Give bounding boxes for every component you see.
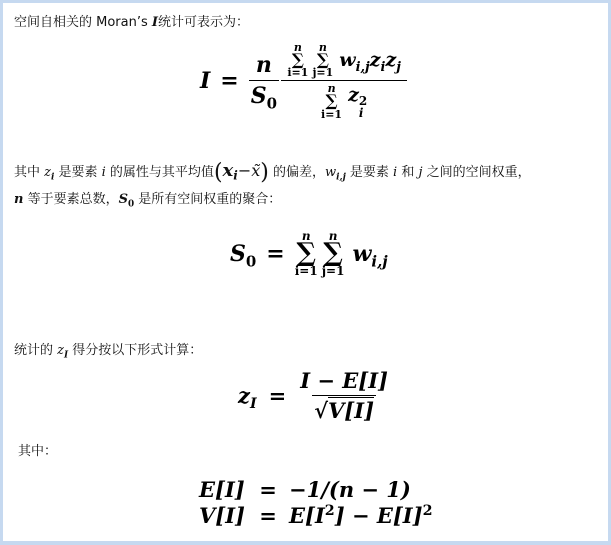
sigma-icon: ∑ <box>296 242 316 265</box>
text: 是所有空间权重的聚合： <box>134 192 281 207</box>
text: 等于要素总数， <box>23 192 118 207</box>
s-subscript: 0 <box>267 95 277 113</box>
z-subscript: j <box>396 60 401 75</box>
sum-lower: j=1 <box>322 265 345 277</box>
coef-denominator: S0 <box>249 80 279 109</box>
superscript: 2 <box>325 503 335 519</box>
intro-prefix: 空间自相关的 Moran’s <box>14 15 152 30</box>
text: 的属性与其平均值 <box>106 165 214 180</box>
text: 得分按以下形式计算： <box>68 343 202 358</box>
text: 统计的 <box>14 343 57 358</box>
intro-suffix: 统计可表示为： <box>158 15 249 30</box>
paren-open: ( <box>214 160 223 185</box>
z-symbol: z <box>385 49 396 71</box>
w-symbol: w <box>325 165 336 180</box>
paragraph-definitions-line1: 其中 zi 是要素 i 的属性与其平均值(xi−x̃) 的偏差，wi,j 是要素… <box>14 160 531 185</box>
formula-lhs: I <box>200 68 210 94</box>
zi-numerator: I − E[I] <box>298 368 390 395</box>
sum-i-den: n ∑ i=1 <box>321 83 342 119</box>
sigma-icon: ∑ <box>292 53 304 67</box>
w-subscript: i,j <box>356 60 370 75</box>
x-symbol: x <box>223 160 234 181</box>
sum-lower: i=1 <box>321 109 342 120</box>
formula-morans-i: I = n S0 n ∑ i=1 n ∑ j=1 wi,jzizj <box>200 42 407 120</box>
v-rhs-a: E[I <box>289 503 325 528</box>
s-subscript: 0 <box>246 252 256 270</box>
z-symbol: z <box>348 84 359 106</box>
coef-numerator: n <box>254 52 274 80</box>
sum-lower: i=1 <box>295 265 318 277</box>
paren-close: ) <box>260 160 269 185</box>
minus-sign: − <box>238 161 251 180</box>
text: 和 <box>397 165 418 180</box>
sum-lower: j=1 <box>312 67 333 78</box>
v-rhs-b: ] − E[I] <box>335 503 423 528</box>
xbar-symbol: x̃ <box>251 161 260 180</box>
superscript: 2 <box>423 503 433 519</box>
formula-s0: S0 = n ∑ i=1 n ∑ j=1 wi,j <box>230 230 388 277</box>
text: 其中 <box>14 165 44 180</box>
equals-sign: = <box>266 241 284 267</box>
sum-lower: i=1 <box>287 67 308 78</box>
text: 之间的空间权重， <box>423 165 531 180</box>
z-symbol: z <box>370 49 381 71</box>
main-fraction: n ∑ i=1 n ∑ j=1 wi,jzizj n ∑ i=1 <box>281 42 407 120</box>
sqrt-icon: √ <box>314 398 328 423</box>
e-lhs: E[I] <box>199 477 247 502</box>
text: 其中： <box>18 444 57 459</box>
paragraph-where: 其中： <box>18 440 57 459</box>
s-symbol: S <box>230 241 246 267</box>
sigma-icon: ∑ <box>317 53 329 67</box>
coef-fraction: n S0 <box>249 52 279 109</box>
z-symbol: z <box>238 383 250 408</box>
formula-zi: zI = I − E[I] √V[I] <box>238 368 390 423</box>
equals-sign: = <box>269 383 287 408</box>
v-lhs: V[I] <box>199 503 247 528</box>
w-subscript: i,j <box>336 173 346 183</box>
z-subscript: I <box>250 396 257 412</box>
main-denominator: n ∑ i=1 z2i <box>281 80 407 119</box>
sigma-icon: ∑ <box>323 242 343 265</box>
zi-fraction: I − E[I] √V[I] <box>298 368 390 423</box>
text: 是要素 <box>346 165 393 180</box>
z-subscript: i <box>359 107 367 119</box>
formula-ev: E[I] = −1/(n − 1) V[I] = E[I2] − E[I]2 <box>199 476 433 528</box>
s-symbol: S <box>251 83 267 109</box>
sum-i: n ∑ i=1 <box>287 42 308 78</box>
w-symbol: w <box>352 241 371 267</box>
sum-j: n ∑ j=1 <box>322 230 345 277</box>
denominator-term: z2i <box>348 84 367 119</box>
w-subscript: i,j <box>371 252 387 270</box>
s-symbol: S <box>119 192 128 207</box>
z-symbol: z <box>57 343 64 358</box>
equals-sign: = <box>220 68 238 94</box>
e-rhs: −1/(n − 1) <box>289 477 411 502</box>
sum-j: n ∑ j=1 <box>312 42 333 78</box>
main-numerator: n ∑ i=1 n ∑ j=1 wi,jzizj <box>285 42 403 80</box>
zi-denominator-term: V[I] <box>328 397 374 423</box>
sigma-icon: ∑ <box>326 94 338 108</box>
formula-v-row: V[I] = E[I2] − E[I]2 <box>199 502 433 528</box>
text: 是要素 <box>54 165 101 180</box>
numerator-terms: wi,jzizj <box>339 49 401 71</box>
intro-text: 空间自相关的 Moran’s I统计可表示为： <box>14 11 249 30</box>
equals-sign: = <box>247 503 289 528</box>
paragraph-zscore: 统计的 zI 得分按以下形式计算： <box>14 339 202 358</box>
w-symbol: w <box>339 49 355 71</box>
z-symbol: z <box>44 165 51 180</box>
formula-e-row: E[I] = −1/(n − 1) <box>199 476 433 502</box>
zi-denominator: √V[I] <box>312 395 376 423</box>
paragraph-definitions-line2: n 等于要素总数，S0 是所有空间权重的聚合： <box>14 188 281 207</box>
equals-sign: = <box>247 477 289 502</box>
text: 的偏差， <box>269 165 325 180</box>
sum-i: n ∑ i=1 <box>295 230 318 277</box>
